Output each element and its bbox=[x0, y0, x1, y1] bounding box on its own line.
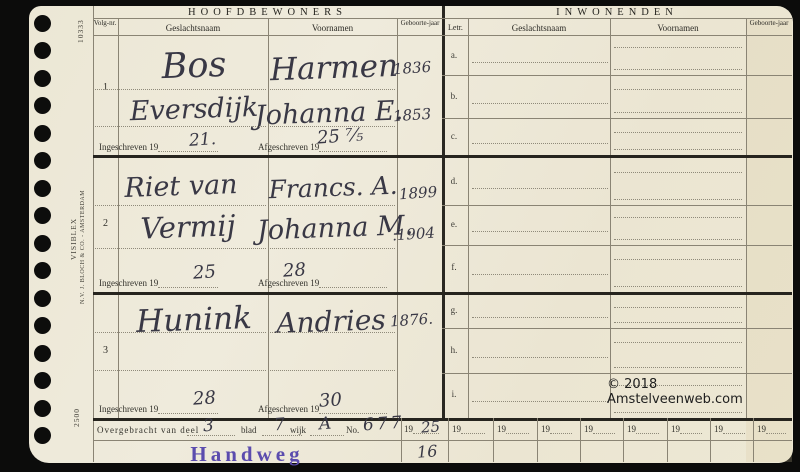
year-prefix: 19 bbox=[584, 424, 593, 434]
writing-line bbox=[614, 199, 742, 200]
row-letter: a. bbox=[443, 50, 465, 60]
dotted-leader bbox=[461, 424, 485, 434]
writing-line bbox=[472, 188, 608, 189]
writing-line bbox=[95, 205, 266, 206]
firstnames-entry: Francs. A. bbox=[267, 171, 400, 205]
letter-header: Letr. bbox=[443, 23, 468, 32]
footer-row-line bbox=[93, 440, 792, 441]
writing-line bbox=[614, 286, 742, 287]
footer-cell-line bbox=[493, 418, 494, 462]
afgeschreven-text: Afgeschreven 19 bbox=[258, 404, 319, 414]
no-value: 677 bbox=[362, 413, 405, 436]
writing-line bbox=[472, 62, 608, 63]
footer-cell-line bbox=[580, 418, 581, 462]
year-cell-label: 19 bbox=[497, 424, 529, 434]
birthyear-entry: 1853 bbox=[392, 105, 431, 126]
row-letter: h. bbox=[443, 345, 465, 355]
writing-line bbox=[270, 332, 395, 333]
ingeschreven-value: 21. bbox=[188, 129, 216, 151]
binder-hole bbox=[34, 15, 51, 32]
writing-line bbox=[472, 317, 608, 318]
writing-line bbox=[614, 342, 742, 343]
writing-line bbox=[614, 239, 742, 240]
year-prefix: 19 bbox=[757, 424, 766, 434]
birthyear-entry: 1899 bbox=[398, 183, 437, 204]
inwonenden-title: INWONENDEN bbox=[442, 7, 792, 18]
writing-line bbox=[270, 89, 395, 90]
year-prefix: 19 bbox=[671, 424, 680, 434]
header-underline bbox=[93, 35, 792, 36]
year-cell-label: 19 bbox=[584, 424, 615, 434]
afgeschreven-value: 25 ⁷⁄₅ bbox=[316, 124, 363, 148]
row-letter: g. bbox=[443, 305, 465, 315]
writing-line bbox=[614, 217, 742, 218]
row-e-f-line bbox=[442, 245, 792, 246]
r-firstnames-column-line bbox=[746, 18, 747, 418]
volgnr-value: 3 bbox=[93, 345, 118, 356]
year-prefix: 19 bbox=[452, 424, 461, 434]
blad-value: 7 bbox=[273, 415, 285, 436]
afgeschreven-value: 28 bbox=[282, 259, 306, 282]
group1-separator bbox=[93, 155, 792, 158]
writing-line bbox=[614, 322, 742, 323]
register-card: 10333 VISIBLEX N.V. J. BLOCH & CO. - AMS… bbox=[29, 6, 793, 463]
row-letter: d. bbox=[443, 176, 465, 186]
writing-line bbox=[614, 112, 742, 113]
volgnr-value: 1 bbox=[93, 82, 118, 93]
binder-hole bbox=[34, 125, 51, 142]
volgnr-header: Volg-nr. bbox=[93, 20, 117, 28]
ingeschreven-text: Ingeschreven 19 bbox=[99, 278, 158, 288]
transfer-label: Overgebracht van deel bbox=[97, 425, 199, 435]
dotted-leader bbox=[319, 278, 387, 288]
writing-line bbox=[270, 205, 395, 206]
dotted-leader bbox=[506, 424, 529, 434]
row-a-b-line bbox=[442, 75, 792, 76]
binder-hole bbox=[34, 207, 51, 224]
binder-hole bbox=[34, 152, 51, 169]
surname-entry: Hunink bbox=[118, 299, 269, 340]
section-divider-line bbox=[442, 6, 445, 418]
year-cell-label: 19 bbox=[714, 424, 745, 434]
street-name-stamp: Handweg bbox=[93, 442, 401, 467]
footer-cell-line bbox=[537, 418, 538, 462]
binder-hole bbox=[34, 400, 51, 417]
writing-line bbox=[95, 248, 266, 249]
writing-line bbox=[472, 357, 608, 358]
birthyear-entry: 1876. bbox=[389, 310, 433, 331]
surname-entry: Riet van bbox=[111, 169, 252, 205]
brand-name: VISIBLEX bbox=[69, 200, 80, 278]
row-letter: i. bbox=[443, 389, 465, 399]
binder-hole bbox=[34, 345, 51, 362]
writing-line bbox=[310, 435, 344, 436]
writing-line bbox=[614, 132, 742, 133]
year-cell-label: 19 bbox=[627, 424, 659, 434]
year-prefix: 19 bbox=[627, 424, 636, 434]
writing-line bbox=[614, 172, 742, 173]
dotted-leader bbox=[766, 424, 786, 434]
footer-cell-line bbox=[448, 418, 449, 462]
r-birthyear-header: Geboorte-jaar bbox=[747, 20, 791, 28]
writing-line bbox=[614, 47, 742, 48]
volgnr-column-line bbox=[118, 18, 119, 418]
writing-line bbox=[614, 412, 742, 413]
r-surname-header: Geslachtsnaam bbox=[468, 23, 610, 33]
year-cell-label: 19 bbox=[541, 424, 572, 434]
writing-line bbox=[614, 149, 742, 150]
volgnr-value: 2 bbox=[93, 218, 118, 229]
binder-hole bbox=[34, 262, 51, 279]
blad-label: blad bbox=[241, 425, 257, 435]
row-letter: b. bbox=[443, 91, 465, 101]
ingeschreven-value: 25 bbox=[192, 261, 216, 284]
writing-line bbox=[270, 370, 395, 371]
binder-hole bbox=[34, 235, 51, 252]
dotted-leader bbox=[680, 424, 702, 434]
writing-line bbox=[472, 103, 608, 104]
dotted-leader bbox=[636, 424, 659, 434]
ingeschreven-text: Ingeschreven 19 bbox=[99, 404, 158, 414]
r-surname-column-line bbox=[610, 18, 611, 418]
writing-line bbox=[614, 367, 742, 368]
firstnames-entry: Johanna M. bbox=[257, 210, 403, 246]
dotted-leader bbox=[550, 424, 572, 434]
year-prefix: 19 bbox=[541, 424, 550, 434]
writing-line bbox=[472, 231, 608, 232]
footer-cell-line bbox=[710, 418, 711, 462]
title-underline bbox=[93, 18, 792, 19]
ingeschreven-text: Ingeschreven 19 bbox=[99, 142, 158, 152]
writing-line bbox=[95, 126, 266, 127]
row-letter: e. bbox=[443, 219, 465, 229]
firstnames-entry: Harmen bbox=[263, 48, 404, 89]
table-left-border bbox=[93, 6, 94, 462]
binder-hole bbox=[34, 317, 51, 334]
binder-hole bbox=[34, 42, 51, 59]
binder-hole bbox=[34, 97, 51, 114]
surname-entry: Vermij bbox=[132, 208, 243, 246]
binder-hole bbox=[34, 427, 51, 444]
row-h-i-line bbox=[442, 373, 792, 374]
writing-line bbox=[95, 370, 266, 371]
surname-entry: Bos bbox=[128, 44, 259, 89]
watermark: © 2018 Amstelveenweb.com bbox=[607, 377, 793, 407]
afgeschreven-label: Afgeschreven 19 bbox=[258, 278, 387, 288]
plate-number-bottom: 2500 bbox=[72, 402, 83, 434]
writing-line bbox=[614, 89, 742, 90]
manufacturer-name: N.V. J. BLOCH & CO. - AMSTERDAM bbox=[80, 161, 89, 333]
writing-line bbox=[95, 89, 266, 90]
wijk-label: wijk bbox=[290, 425, 306, 435]
register-card-scan: 10333 VISIBLEX N.V. J. BLOCH & CO. - AMS… bbox=[0, 0, 800, 472]
row-g-h-line bbox=[442, 328, 792, 329]
writing-line bbox=[270, 248, 395, 249]
deel-value: 3 bbox=[202, 416, 214, 437]
birthyear-header: Geboorte-jaar bbox=[398, 20, 442, 28]
surname-entry: Eversdijk bbox=[120, 91, 269, 127]
binder-hole bbox=[34, 372, 51, 389]
writing-line bbox=[614, 69, 742, 70]
binder-hole bbox=[34, 290, 51, 307]
year-cell-label: 19 bbox=[757, 424, 786, 434]
binder-hole bbox=[34, 180, 51, 197]
writing-line bbox=[472, 401, 608, 402]
row-letter: c. bbox=[443, 131, 465, 141]
footer-cell-line bbox=[667, 418, 668, 462]
first-year-below: 16 bbox=[416, 441, 438, 461]
row-letter: f. bbox=[443, 262, 465, 272]
footer-cell-line bbox=[623, 418, 624, 462]
writing-line bbox=[95, 332, 266, 333]
hoofdbewoners-title: HOOFDBEWONERS bbox=[93, 7, 442, 18]
surname-header: Geslachtsnaam bbox=[118, 23, 268, 33]
writing-line bbox=[472, 274, 608, 275]
dotted-leader bbox=[593, 424, 615, 434]
writing-line bbox=[614, 259, 742, 260]
writing-line bbox=[262, 435, 302, 436]
year-prefix: 19 bbox=[404, 424, 413, 434]
r-firstnames-header: Voornamen bbox=[610, 23, 746, 33]
group2-separator bbox=[93, 292, 792, 295]
year-prefix: 19 bbox=[497, 424, 506, 434]
birthyear-entry: 1836 bbox=[392, 58, 431, 79]
letter-column-line bbox=[468, 18, 469, 418]
afgeschreven-text: Afgeschreven 19 bbox=[258, 142, 319, 152]
plate-number-top: 10333 bbox=[76, 10, 87, 52]
writing-line bbox=[614, 307, 742, 308]
first-year-value: 25 bbox=[420, 417, 440, 436]
afgeschreven-value: 30 bbox=[318, 389, 342, 412]
table-bottom-line bbox=[93, 418, 792, 421]
ingeschreven-value: 28 bbox=[192, 387, 216, 410]
firstnames-entry: Andries bbox=[260, 303, 401, 341]
birthyear-entry: .1904 bbox=[391, 224, 435, 245]
no-label: No. bbox=[346, 425, 359, 435]
row-d-e-line bbox=[442, 205, 792, 206]
firstnames-header: Voornamen bbox=[268, 23, 397, 33]
wijk-value: A bbox=[318, 414, 332, 435]
year-prefix: 19 bbox=[714, 424, 723, 434]
year-cell-label: 19 bbox=[452, 424, 485, 434]
writing-line bbox=[472, 143, 608, 144]
row-b-c-line bbox=[442, 118, 792, 119]
dotted-leader bbox=[723, 424, 745, 434]
year-cell-label: 19 bbox=[671, 424, 702, 434]
footer-cell-line bbox=[753, 418, 754, 462]
binder-hole bbox=[34, 70, 51, 87]
